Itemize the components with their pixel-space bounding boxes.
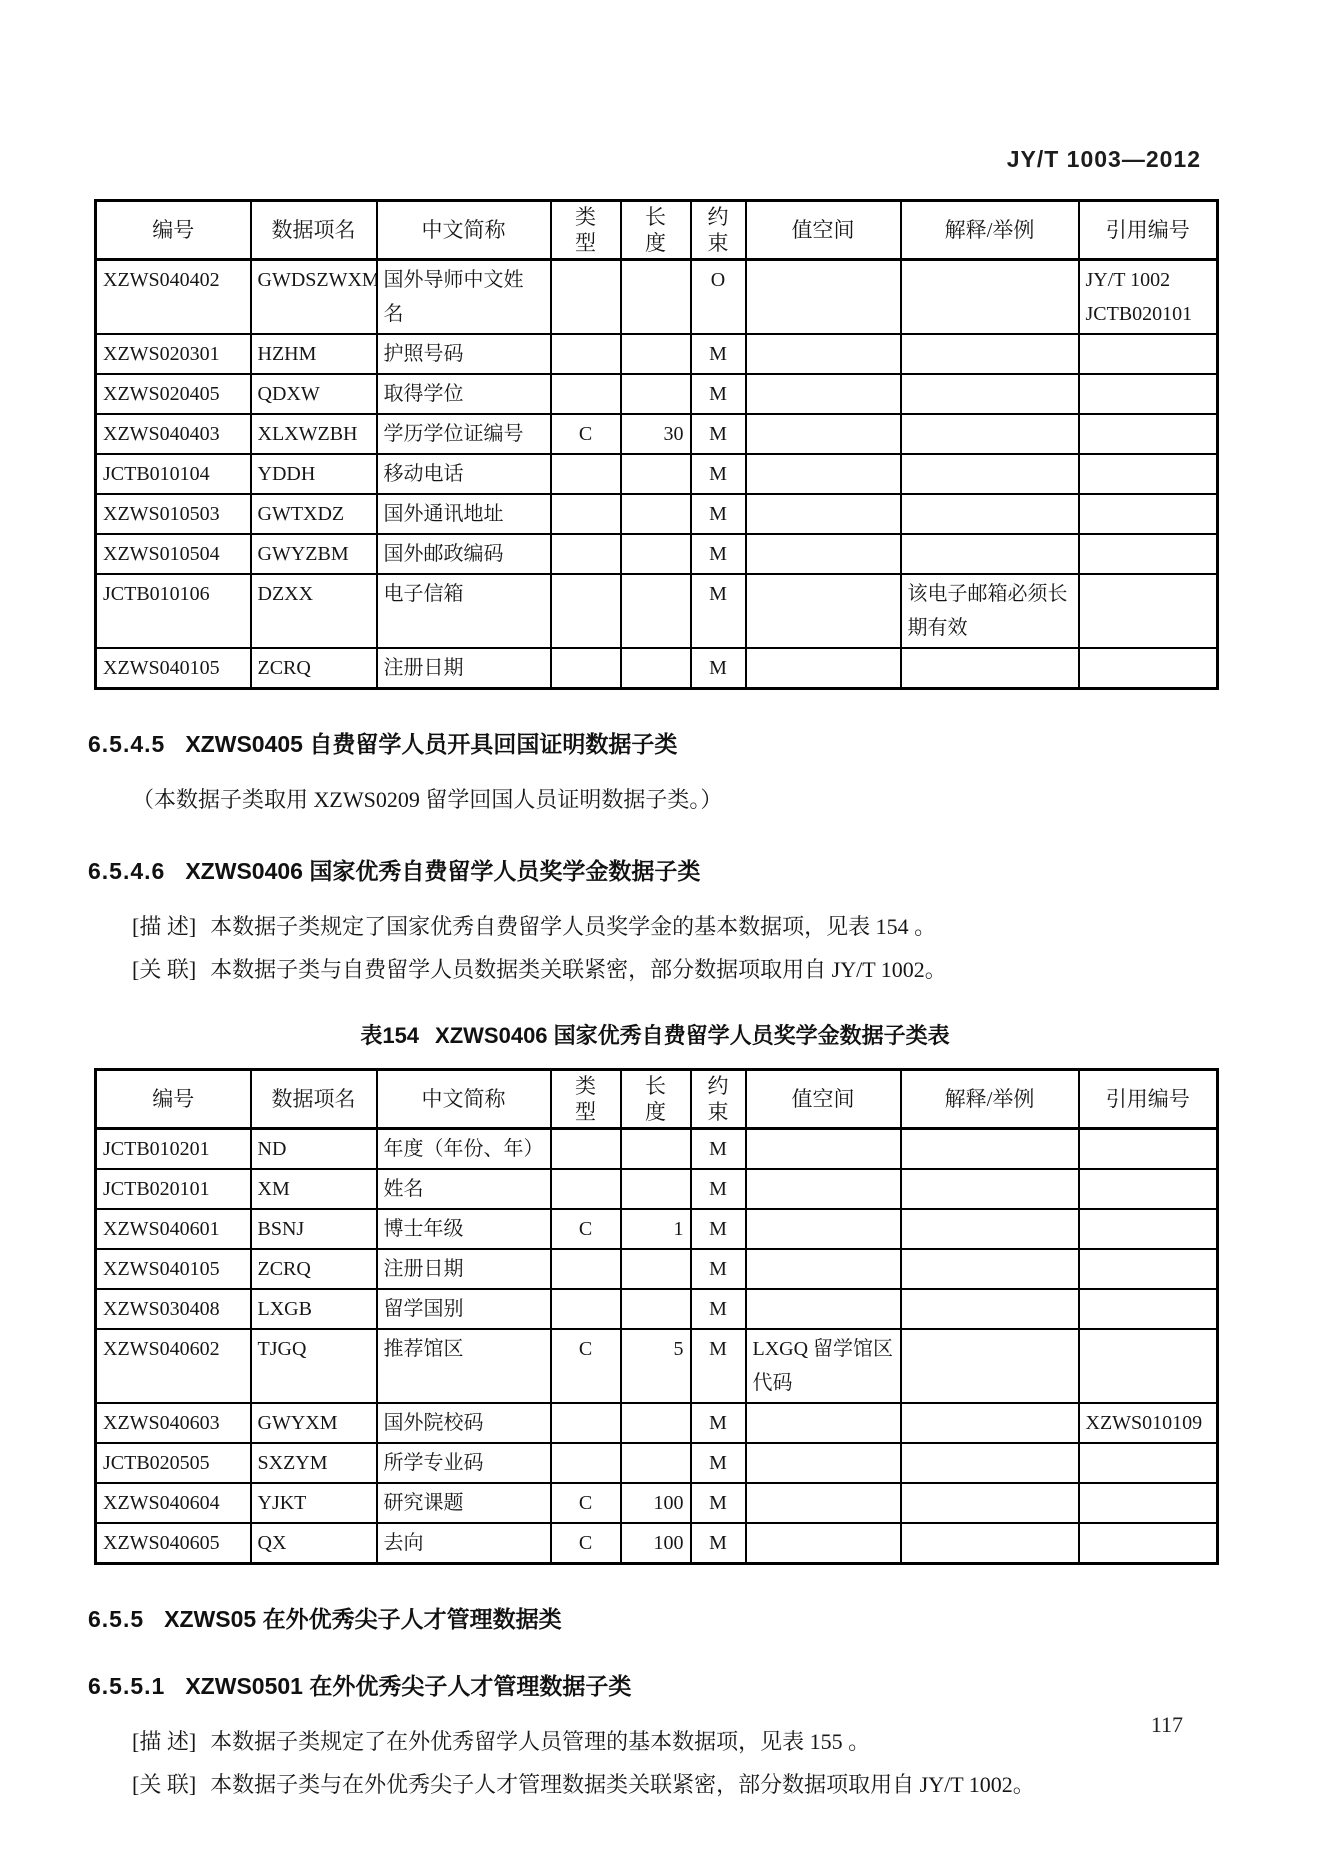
cell-code: XZWS040601: [96, 1209, 251, 1249]
cell-cn-short: 注册日期: [377, 1249, 551, 1289]
cell-cn-short: 国外通讯地址: [377, 494, 551, 534]
cell-ref-code: [1079, 1169, 1218, 1209]
cell-code: XZWS040602: [96, 1329, 251, 1403]
cell-item-name: HZHM: [251, 334, 377, 374]
cell-explain: [901, 454, 1079, 494]
cell-item-name: YJKT: [251, 1483, 377, 1523]
section-heading-6-5-5-1: 6.5.5.1XZWS0501 在外优秀尖子人才管理数据子类: [88, 1668, 1323, 1701]
cell-length: [621, 334, 691, 374]
cell-item-name: XLXWZBH: [251, 414, 377, 454]
table-row: XZWS040601BSNJ博士年级C1M: [96, 1209, 1218, 1249]
section-number: 6.5.4.5: [88, 731, 165, 757]
section-heading-6-5-4-5: 6.5.4.5XZWS0405 自费留学人员开具回国证明数据子类: [88, 726, 1323, 759]
cell-length: [621, 648, 691, 689]
cell-value-space: [746, 1169, 901, 1209]
section-title: XZWS0406 国家优秀自费留学人员奖学金数据子类: [185, 858, 700, 884]
column-header-code: 编号: [96, 1070, 251, 1129]
cell-item-name: BSNJ: [251, 1209, 377, 1249]
cell-cn-short: 留学国别: [377, 1289, 551, 1329]
table-row: XZWS040602TJGQ推荐馆区C5MLXGQ 留学馆区 代码: [96, 1329, 1218, 1403]
cell-constraint: M: [691, 1523, 746, 1564]
data-items-table-continued: 编号 数据项名 中文简称 类 型 长 度 约 束 值空间 解释/举例 引用编号 …: [94, 199, 1219, 690]
cell-code: JCTB020101: [96, 1169, 251, 1209]
cell-cn-short: 所学专业码: [377, 1443, 551, 1483]
cell-type: [551, 1289, 621, 1329]
cell-type: [551, 1403, 621, 1443]
section-heading-6-5-4-6: 6.5.4.6XZWS0406 国家优秀自费留学人员奖学金数据子类: [88, 853, 1323, 886]
cell-constraint: M: [691, 334, 746, 374]
cell-length: 30: [621, 414, 691, 454]
section-title: XZWS05 在外优秀尖子人才管理数据类: [164, 1606, 561, 1632]
cell-length: [621, 260, 691, 335]
description-label: [描 述]: [132, 1729, 196, 1754]
cell-code: XZWS040105: [96, 1249, 251, 1289]
cell-code: XZWS040403: [96, 414, 251, 454]
table-row: XZWS030408LXGB留学国别M: [96, 1289, 1218, 1329]
cell-type: [551, 454, 621, 494]
cell-code: JCTB010201: [96, 1129, 251, 1170]
cell-ref-code: [1079, 648, 1218, 689]
relation-paragraph: [关 联]本数据子类与自费留学人员数据类关联紧密，部分数据项取用自 JY/T 1…: [132, 953, 1213, 987]
description-paragraph: [描 述]本数据子类规定了国家优秀自费留学人员奖学金的基本数据项，见表 154 …: [132, 910, 1213, 944]
cell-explain: [901, 1443, 1079, 1483]
relation-label: [关 联]: [132, 957, 196, 982]
cell-ref-code: [1079, 414, 1218, 454]
cell-type: C: [551, 1483, 621, 1523]
cell-item-name: GWTXDZ: [251, 494, 377, 534]
description-label: [描 述]: [132, 914, 196, 939]
column-header-length: 长 度: [621, 1070, 691, 1129]
description-paragraph: [描 述]本数据子类规定了在外优秀留学人员管理的基本数据项，见表 155 。: [132, 1725, 1213, 1759]
cell-ref-code: [1079, 1289, 1218, 1329]
cell-code: XZWS040604: [96, 1483, 251, 1523]
cell-constraint: M: [691, 1249, 746, 1289]
cell-explain: [901, 414, 1079, 454]
cell-type: [551, 334, 621, 374]
cell-cn-short: 国外邮政编码: [377, 534, 551, 574]
cell-ref-code: [1079, 454, 1218, 494]
cell-length: [621, 494, 691, 534]
cell-item-name: GWDSZWXM: [251, 260, 377, 335]
cell-constraint: M: [691, 1329, 746, 1403]
cell-cn-short: 去向: [377, 1523, 551, 1564]
cell-code: XZWS020405: [96, 374, 251, 414]
cell-cn-short: 注册日期: [377, 648, 551, 689]
description-text: 本数据子类规定了在外优秀留学人员管理的基本数据项，见表 155 。: [210, 1729, 870, 1754]
table-body: XZWS040402GWDSZWXM国外导师中文姓 名OJY/T 1002 JC…: [96, 260, 1218, 689]
column-header-explain: 解释/举例: [901, 1070, 1079, 1129]
cell-cn-short: 推荐馆区: [377, 1329, 551, 1403]
cell-constraint: M: [691, 1483, 746, 1523]
cell-ref-code: [1079, 374, 1218, 414]
relation-text: 本数据子类与在外优秀尖子人才管理数据类关联紧密，部分数据项取用自 JY/T 10…: [210, 1772, 1035, 1797]
note-text: （本数据子类取用 XZWS0209 留学回国人员证明数据子类。）: [132, 787, 722, 812]
cell-type: [551, 534, 621, 574]
column-header-type: 类 型: [551, 1070, 621, 1129]
table-row: XZWS010504GWYZBM国外邮政编码M: [96, 534, 1218, 574]
table-row: JCTB010106DZXX电子信箱M该电子邮箱必须长 期有效: [96, 574, 1218, 648]
cell-value-space: [746, 494, 901, 534]
cell-constraint: M: [691, 494, 746, 534]
cell-item-name: SXZYM: [251, 1443, 377, 1483]
table-header-row: 编号 数据项名 中文简称 类 型 长 度 约 束 值空间 解释/举例 引用编号: [96, 1070, 1218, 1129]
column-header-item-name: 数据项名: [251, 201, 377, 260]
cell-explain: [901, 1329, 1079, 1403]
column-header-ref-code: 引用编号: [1079, 1070, 1218, 1129]
relation-text: 本数据子类与自费留学人员数据类关联紧密，部分数据项取用自 JY/T 1002。: [210, 957, 947, 982]
column-header-constraint: 约 束: [691, 1070, 746, 1129]
table-number: 表154: [360, 1023, 419, 1048]
column-header-item-name: 数据项名: [251, 1070, 377, 1129]
cell-cn-short: 国外院校码: [377, 1403, 551, 1443]
cell-code: XZWS010503: [96, 494, 251, 534]
cell-value-space: [746, 1249, 901, 1289]
cell-explain: 该电子邮箱必须长 期有效: [901, 574, 1079, 648]
document-code-header: JY/T 1003—2012: [0, 146, 1201, 173]
cell-explain: [901, 648, 1079, 689]
table-row: XZWS020405QDXW取得学位M: [96, 374, 1218, 414]
column-header-value-space: 值空间: [746, 1070, 901, 1129]
cell-constraint: O: [691, 260, 746, 335]
cell-type: C: [551, 1209, 621, 1249]
cell-constraint: M: [691, 1443, 746, 1483]
cell-type: [551, 1129, 621, 1170]
cell-ref-code: JY/T 1002 JCTB020101: [1079, 260, 1218, 335]
cell-length: [621, 1129, 691, 1170]
cell-ref-code: [1079, 1483, 1218, 1523]
cell-item-name: QX: [251, 1523, 377, 1564]
table-title-text: XZWS0406 国家优秀自费留学人员奖学金数据子类表: [435, 1023, 950, 1048]
data-items-table-154: 编号 数据项名 中文简称 类 型 长 度 约 束 值空间 解释/举例 引用编号 …: [94, 1068, 1219, 1565]
cell-length: [621, 1289, 691, 1329]
cell-explain: [901, 534, 1079, 574]
cell-type: [551, 494, 621, 534]
cell-length: [621, 454, 691, 494]
cell-length: 100: [621, 1483, 691, 1523]
section-heading-6-5-5: 6.5.5XZWS05 在外优秀尖子人才管理数据类: [88, 1601, 1323, 1634]
cell-item-name: GWYXM: [251, 1403, 377, 1443]
cell-value-space: [746, 534, 901, 574]
cell-constraint: M: [691, 1289, 746, 1329]
table-row: JCTB020505SXZYM所学专业码M: [96, 1443, 1218, 1483]
column-header-cn-short: 中文简称: [377, 1070, 551, 1129]
cell-ref-code: [1079, 1129, 1218, 1170]
cell-constraint: M: [691, 1403, 746, 1443]
cell-code: JCTB020505: [96, 1443, 251, 1483]
cell-code: XZWS040105: [96, 648, 251, 689]
table-row: JCTB020101XM姓名M: [96, 1169, 1218, 1209]
cell-cn-short: 姓名: [377, 1169, 551, 1209]
cell-constraint: M: [691, 374, 746, 414]
cell-item-name: QDXW: [251, 374, 377, 414]
cell-item-name: TJGQ: [251, 1329, 377, 1403]
cell-type: [551, 1169, 621, 1209]
cell-length: 100: [621, 1523, 691, 1564]
cell-explain: [901, 1289, 1079, 1329]
cell-ref-code: [1079, 334, 1218, 374]
cell-length: [621, 1169, 691, 1209]
table-row: JCTB010104YDDH移动电话M: [96, 454, 1218, 494]
column-header-ref-code: 引用编号: [1079, 201, 1218, 260]
cell-item-name: ZCRQ: [251, 1249, 377, 1289]
cell-value-space: [746, 1483, 901, 1523]
table-row: XZWS010503GWTXDZ国外通讯地址M: [96, 494, 1218, 534]
cell-constraint: M: [691, 1129, 746, 1170]
cell-explain: [901, 374, 1079, 414]
cell-cn-short: 取得学位: [377, 374, 551, 414]
cell-type: C: [551, 1523, 621, 1564]
cell-value-space: [746, 648, 901, 689]
section-number: 6.5.5.1: [88, 1673, 165, 1699]
cell-length: [621, 1249, 691, 1289]
page-number: 117: [1151, 1712, 1183, 1738]
cell-value-space: [746, 1289, 901, 1329]
cell-type: C: [551, 414, 621, 454]
section-note-paragraph: （本数据子类取用 XZWS0209 留学回国人员证明数据子类。）: [132, 783, 1213, 817]
cell-value-space: [746, 1209, 901, 1249]
cell-explain: [901, 1523, 1079, 1564]
cell-cn-short: 护照号码: [377, 334, 551, 374]
cell-value-space: [746, 260, 901, 335]
table-row: XZWS040105ZCRQ注册日期M: [96, 1249, 1218, 1289]
column-header-value-space: 值空间: [746, 201, 901, 260]
table-row: XZWS040605QX去向C100M: [96, 1523, 1218, 1564]
cell-explain: [901, 494, 1079, 534]
cell-code: XZWS020301: [96, 334, 251, 374]
cell-type: [551, 1443, 621, 1483]
cell-code: JCTB010106: [96, 574, 251, 648]
cell-ref-code: XZWS010109: [1079, 1403, 1218, 1443]
cell-type: C: [551, 1329, 621, 1403]
cell-value-space: [746, 574, 901, 648]
cell-cn-short: 学历学位证编号: [377, 414, 551, 454]
column-header-type: 类 型: [551, 201, 621, 260]
cell-value-space: [746, 454, 901, 494]
cell-ref-code: [1079, 1249, 1218, 1289]
table-154-title: 表154XZWS0406 国家优秀自费留学人员奖学金数据子类表: [94, 1019, 1216, 1050]
cell-item-name: DZXX: [251, 574, 377, 648]
cell-constraint: M: [691, 414, 746, 454]
table-row: XZWS040603GWYXM国外院校码MXZWS010109: [96, 1403, 1218, 1443]
cell-explain: [901, 1209, 1079, 1249]
cell-cn-short: 国外导师中文姓 名: [377, 260, 551, 335]
cell-length: 5: [621, 1329, 691, 1403]
cell-type: [551, 260, 621, 335]
cell-code: XZWS040603: [96, 1403, 251, 1443]
cell-length: [621, 574, 691, 648]
column-header-length: 长 度: [621, 201, 691, 260]
cell-type: [551, 648, 621, 689]
cell-item-name: GWYZBM: [251, 534, 377, 574]
cell-value-space: [746, 414, 901, 454]
cell-explain: [901, 260, 1079, 335]
cell-explain: [901, 1483, 1079, 1523]
section-title: XZWS0501 在外优秀尖子人才管理数据子类: [185, 1673, 631, 1699]
cell-ref-code: [1079, 494, 1218, 534]
table-row: XZWS040604YJKT研究课题C100M: [96, 1483, 1218, 1523]
cell-cn-short: 移动电话: [377, 454, 551, 494]
cell-constraint: M: [691, 648, 746, 689]
cell-value-space: [746, 1443, 901, 1483]
cell-length: 1: [621, 1209, 691, 1249]
table-row: XZWS040105ZCRQ注册日期M: [96, 648, 1218, 689]
cell-explain: [901, 1403, 1079, 1443]
cell-value-space: [746, 1523, 901, 1564]
cell-cn-short: 年度（年份、年）: [377, 1129, 551, 1170]
cell-item-name: LXGB: [251, 1289, 377, 1329]
relation-label: [关 联]: [132, 1772, 196, 1797]
cell-value-space: [746, 334, 901, 374]
column-header-constraint: 约 束: [691, 201, 746, 260]
cell-constraint: M: [691, 534, 746, 574]
cell-value-space: [746, 1403, 901, 1443]
cell-ref-code: [1079, 1523, 1218, 1564]
cell-cn-short: 电子信箱: [377, 574, 551, 648]
cell-length: [621, 534, 691, 574]
section-number: 6.5.5: [88, 1606, 144, 1632]
cell-cn-short: 博士年级: [377, 1209, 551, 1249]
cell-ref-code: [1079, 1443, 1218, 1483]
cell-value-space: [746, 374, 901, 414]
cell-constraint: M: [691, 454, 746, 494]
cell-constraint: M: [691, 1169, 746, 1209]
cell-value-space: LXGQ 留学馆区 代码: [746, 1329, 901, 1403]
column-header-code: 编号: [96, 201, 251, 260]
cell-item-name: YDDH: [251, 454, 377, 494]
cell-type: [551, 1249, 621, 1289]
cell-cn-short: 研究课题: [377, 1483, 551, 1523]
cell-constraint: M: [691, 1209, 746, 1249]
description-text: 本数据子类规定了国家优秀自费留学人员奖学金的基本数据项，见表 154 。: [210, 914, 936, 939]
cell-item-name: XM: [251, 1169, 377, 1209]
table-row: XZWS040402GWDSZWXM国外导师中文姓 名OJY/T 1002 JC…: [96, 260, 1218, 335]
cell-type: [551, 574, 621, 648]
cell-ref-code: [1079, 1209, 1218, 1249]
cell-ref-code: [1079, 574, 1218, 648]
cell-ref-code: [1079, 1329, 1218, 1403]
table-row: XZWS040403XLXWZBH学历学位证编号C30M: [96, 414, 1218, 454]
cell-code: XZWS030408: [96, 1289, 251, 1329]
table-body: JCTB010201ND年度（年份、年）MJCTB020101XM姓名MXZWS…: [96, 1129, 1218, 1564]
section-title: XZWS0405 自费留学人员开具回国证明数据子类: [185, 731, 677, 757]
table-row: XZWS020301HZHM护照号码M: [96, 334, 1218, 374]
cell-code: JCTB010104: [96, 454, 251, 494]
cell-length: [621, 1403, 691, 1443]
cell-explain: [901, 334, 1079, 374]
section-number: 6.5.4.6: [88, 858, 165, 884]
column-header-explain: 解释/举例: [901, 201, 1079, 260]
cell-ref-code: [1079, 534, 1218, 574]
cell-code: XZWS040402: [96, 260, 251, 335]
cell-type: [551, 374, 621, 414]
cell-code: XZWS010504: [96, 534, 251, 574]
cell-explain: [901, 1249, 1079, 1289]
cell-explain: [901, 1129, 1079, 1170]
cell-code: XZWS040605: [96, 1523, 251, 1564]
cell-length: [621, 1443, 691, 1483]
relation-paragraph: [关 联]本数据子类与在外优秀尖子人才管理数据类关联紧密，部分数据项取用自 JY…: [132, 1768, 1213, 1802]
cell-item-name: ZCRQ: [251, 648, 377, 689]
cell-explain: [901, 1169, 1079, 1209]
cell-length: [621, 374, 691, 414]
column-header-cn-short: 中文简称: [377, 201, 551, 260]
cell-value-space: [746, 1129, 901, 1170]
cell-constraint: M: [691, 574, 746, 648]
cell-item-name: ND: [251, 1129, 377, 1170]
table-row: JCTB010201ND年度（年份、年）M: [96, 1129, 1218, 1170]
table-header-row: 编号 数据项名 中文简称 类 型 长 度 约 束 值空间 解释/举例 引用编号: [96, 201, 1218, 260]
